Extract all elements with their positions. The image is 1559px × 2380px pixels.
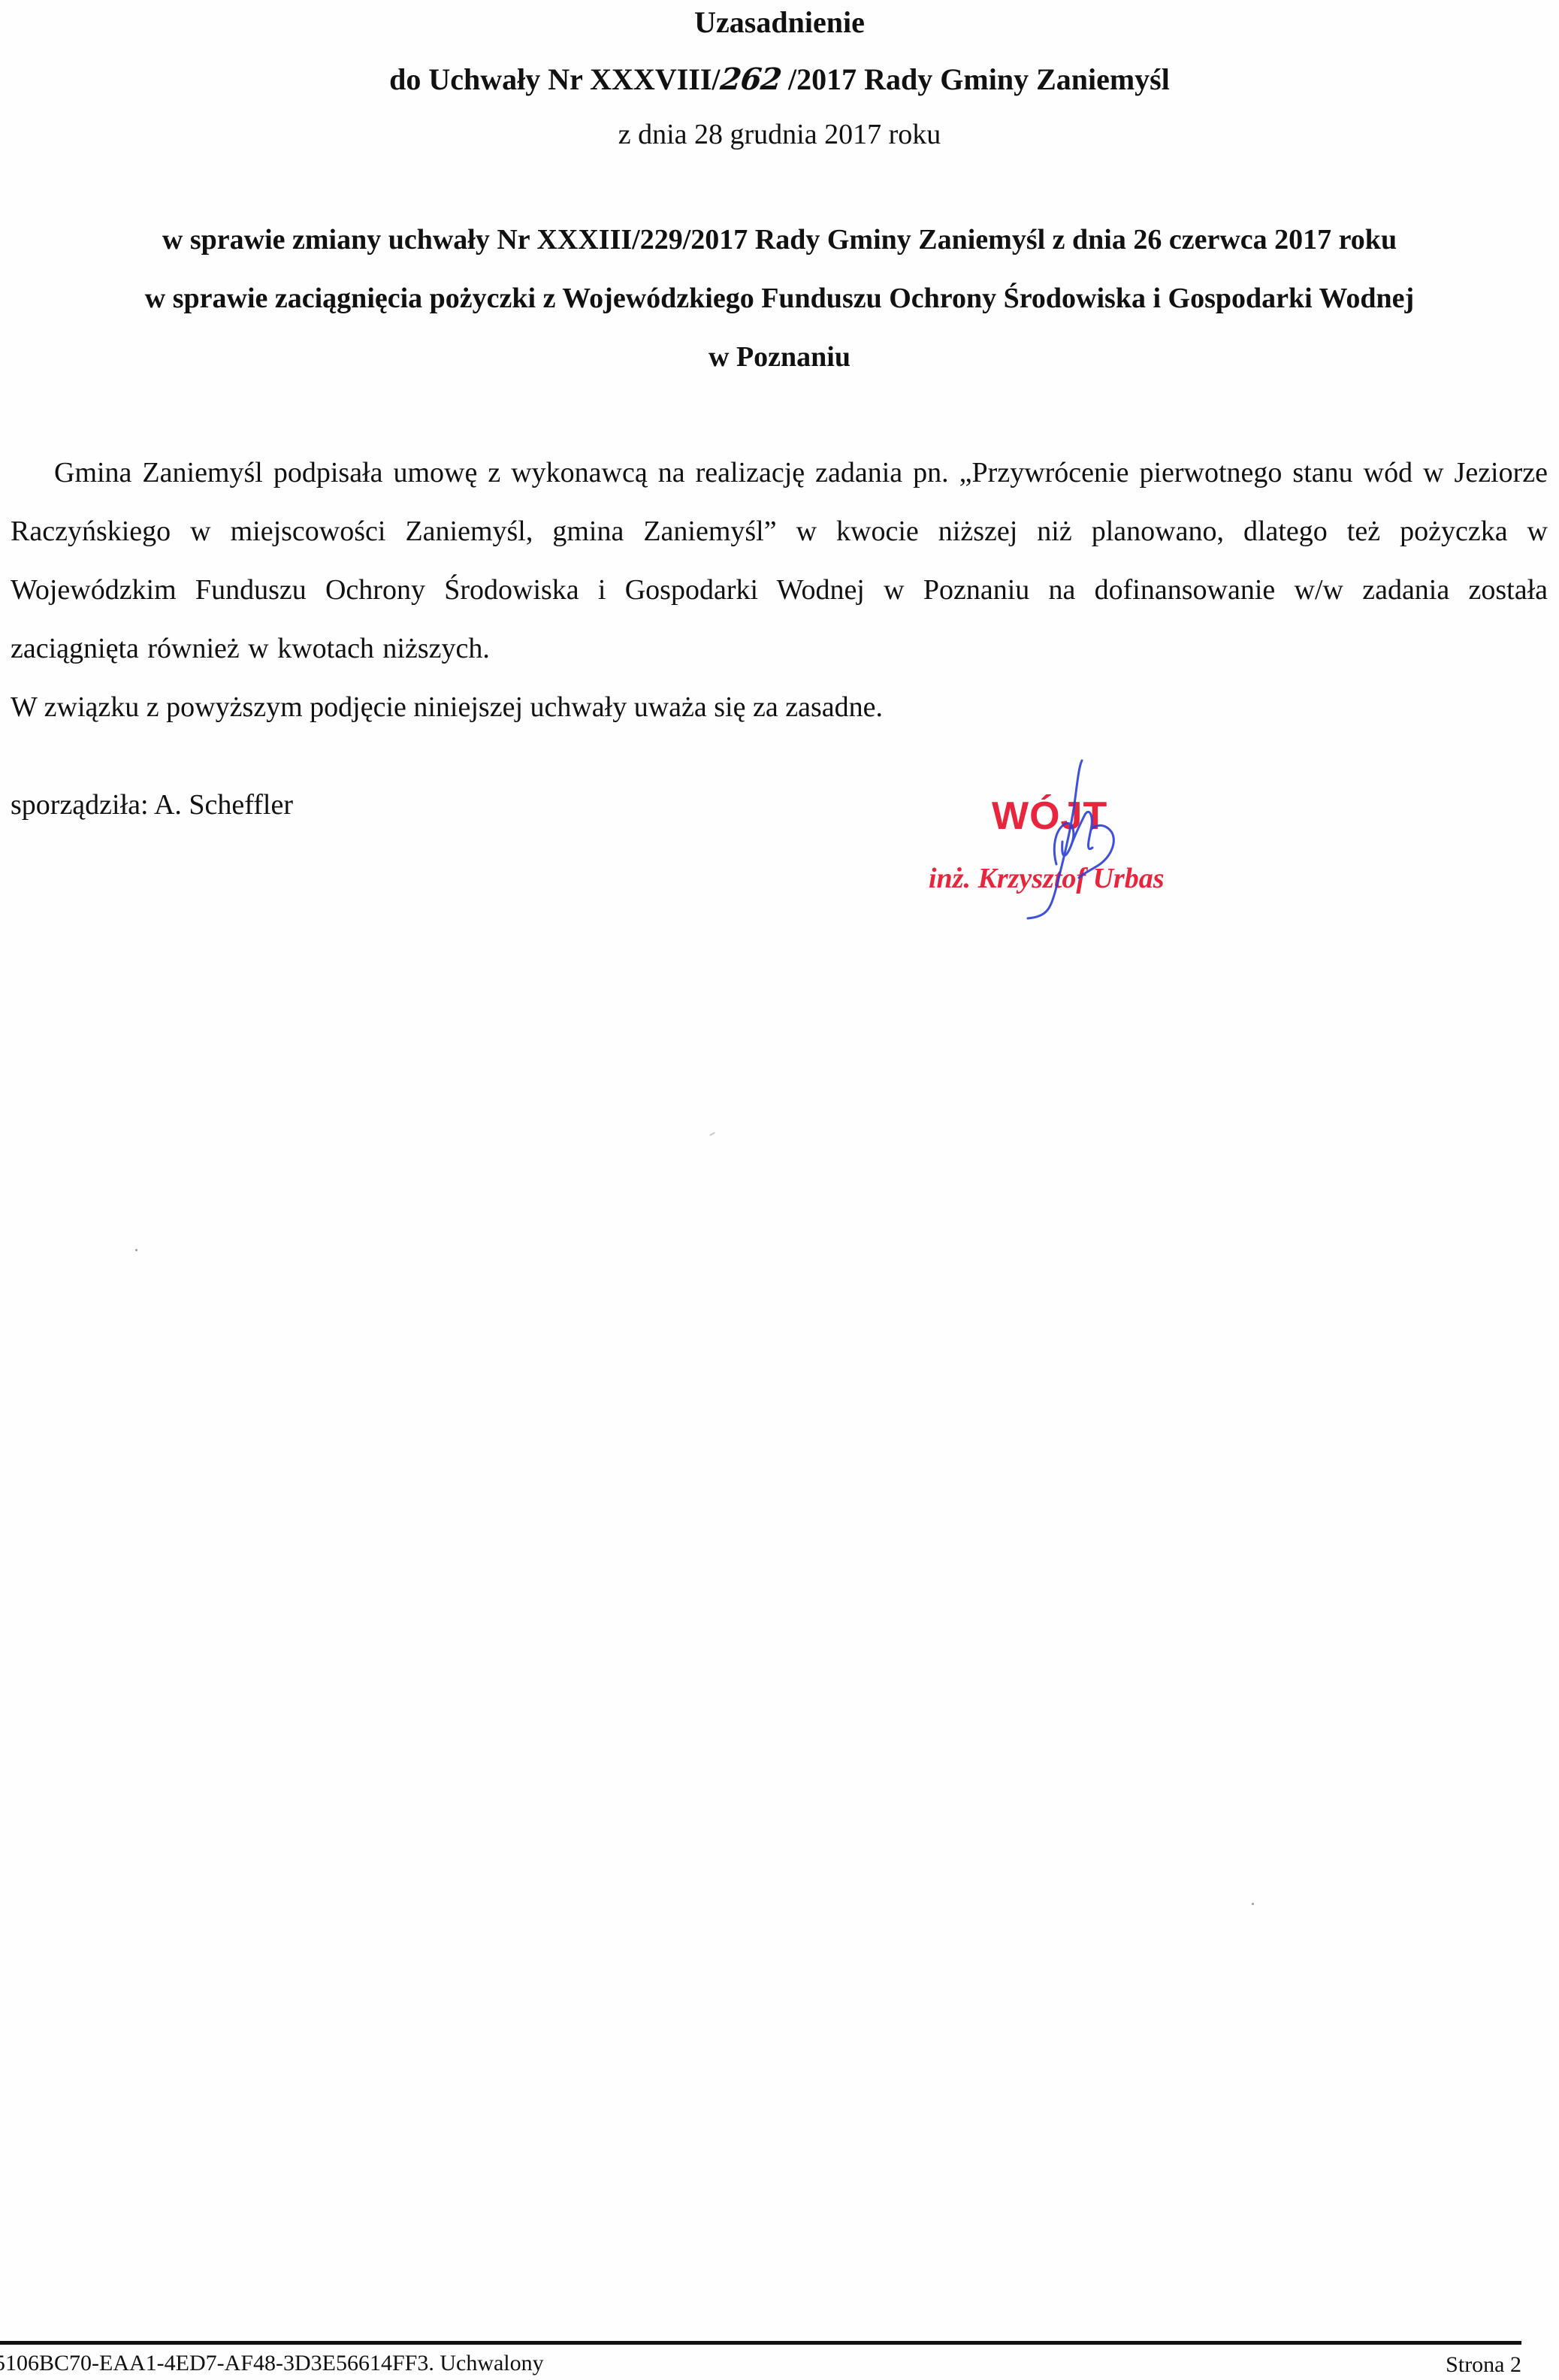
- document-page: Uzasadnienie do Uchwały Nr XXXVIII/262 /…: [0, 0, 1559, 2380]
- resolution-number-handwritten: 262: [718, 65, 782, 95]
- subject-line-2: w sprawie zaciągnięcia pożyczki z Wojewó…: [0, 284, 1559, 313]
- body-paragraph-2: W związku z powyższym podjęcie niniejsze…: [11, 678, 883, 736]
- handwritten-signature-icon: [902, 751, 1217, 932]
- prepared-by: sporządziła: A. Scheffler: [11, 791, 293, 819]
- scan-artifact: [1252, 1903, 1254, 1905]
- official-stamp: WÓJT inż. Krzysztof Urbas: [902, 751, 1217, 932]
- subject-line-1: w sprawie zmiany uchwały Nr XXXIII/229/2…: [0, 225, 1559, 254]
- body-paragraph-1: Gmina Zaniemyśl podpisała umowę z wykona…: [11, 443, 1548, 678]
- footer-document-id: 5106BC70-EAA1-4ED7-AF48-3D3E56614FF3. Uc…: [0, 2352, 544, 2375]
- document-title: Uzasadnienie: [0, 8, 1559, 38]
- scan-artifact: [135, 1249, 137, 1251]
- resolution-suffix: /2017 Rady Gminy Zaniemyśl: [781, 62, 1170, 96]
- stamp-title: WÓJT: [992, 797, 1107, 836]
- resolution-reference: do Uchwały Nr XXXVIII/262 /2017 Rady Gmi…: [0, 65, 1559, 95]
- stamp-name: inż. Krzysztof Urbas: [929, 864, 1165, 893]
- footer-divider: [0, 2341, 1521, 2345]
- subject-line-3: w Poznaniu: [0, 343, 1559, 371]
- resolution-prefix: do Uchwały Nr XXXVIII/: [389, 62, 720, 96]
- resolution-date: z dnia 28 grudnia 2017 roku: [0, 120, 1559, 149]
- scan-artifact: [709, 1132, 715, 1136]
- footer-page-number: Strona 2: [1446, 2354, 1521, 2376]
